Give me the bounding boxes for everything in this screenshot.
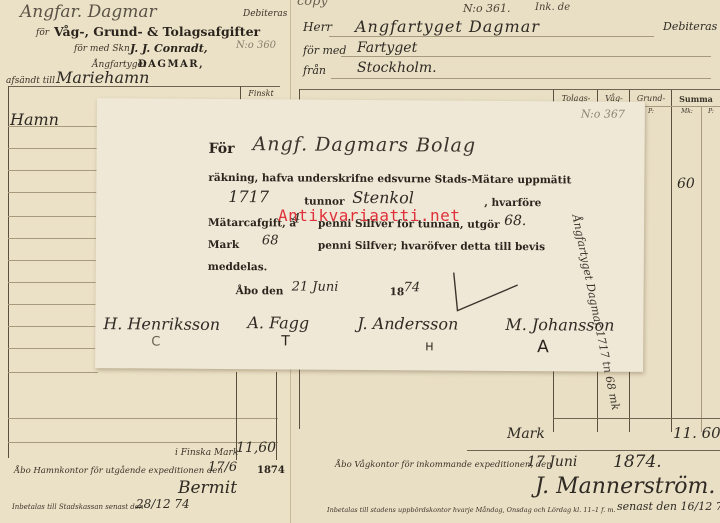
front-for-label: För — [209, 141, 235, 157]
left-row-rule — [8, 148, 98, 149]
right-subcol-p: P: — [643, 108, 659, 115]
front-initial-2: T — [281, 333, 290, 349]
right-subcol-mk: Mk: — [677, 108, 697, 115]
right-recipient-value: Angfartyget Dagmar — [355, 17, 540, 36]
front-line2-end: , hvarföre — [484, 197, 541, 209]
measurement-certificate: N:o 367 För Angf. Dagmars Bolag räkning,… — [95, 98, 645, 372]
front-year-suffix: 74 — [404, 280, 421, 295]
right-total-rule — [553, 418, 720, 419]
right-col-divider — [671, 90, 672, 432]
right-vessel-value: Fartyget — [357, 40, 417, 56]
right-header-rule — [299, 89, 720, 90]
checkmark-icon — [451, 271, 521, 315]
left-office-year: 1874 — [257, 465, 285, 476]
left-row-rule — [8, 372, 98, 373]
right-col-divider — [701, 106, 702, 432]
front-amount-mark: 68. — [504, 213, 526, 229]
front-date-value: 21 Juni — [292, 279, 339, 294]
right-grund-value: 60 — [677, 176, 695, 192]
right-office-line: Åbo Vågkontor för inkommande expeditione… — [335, 460, 552, 470]
front-year-prefix: 18 — [390, 286, 405, 298]
left-table-border — [8, 86, 9, 458]
left-signature: Bermit — [178, 478, 237, 498]
front-line4-end: penni Silfver; hvaröfver detta till bevi… — [318, 240, 545, 254]
right-vessel-label: för med — [303, 44, 346, 57]
right-line-rule — [331, 78, 711, 79]
right-subcol-p2: P: — [703, 108, 719, 115]
front-line1: räkning, hafva underskrifne edsvurne Sta… — [208, 172, 571, 187]
front-material: Stenkol — [352, 188, 414, 207]
left-row-rule — [8, 170, 98, 171]
left-row-rule — [8, 192, 98, 193]
right-office-date: 17 Juni — [527, 454, 577, 470]
right-total-label: Mark — [507, 426, 545, 442]
right-payment-date: senast den 16/12 74 — [617, 500, 720, 513]
right-line-rule — [341, 56, 711, 57]
left-total-label: i Finska Mark — [175, 448, 238, 458]
right-payment-line: Inbetalas till stadens uppbördskontor hv… — [327, 506, 616, 514]
right-col-summa: Summa — [673, 94, 719, 104]
left-title-prefix: för — [36, 28, 49, 38]
left-row-rule — [8, 418, 278, 419]
left-col-divider — [276, 372, 277, 460]
left-number: N:o 360 — [236, 40, 276, 51]
front-amount-penni: 68 — [262, 233, 279, 248]
left-row-rule — [8, 282, 98, 283]
right-line-rule — [329, 36, 654, 37]
right-debiteras: Debiteras — [663, 20, 717, 33]
right-number: N:o 361. — [463, 2, 511, 15]
left-sent-to-label: afsändt till — [6, 76, 55, 86]
right-from-label: från — [303, 64, 326, 77]
front-signature-2: A. Fagg — [247, 313, 309, 332]
right-number-suffix: Ink. de — [535, 2, 570, 13]
left-sent-to-value: Mariehamn — [56, 68, 149, 87]
right-from-value: Stockholm. — [357, 60, 437, 76]
front-line4-start: Mark — [208, 239, 239, 251]
left-title: Våg-, Grund- & Tolagsafgifter — [54, 24, 260, 39]
left-debtor-handwritten: Angfar. Dagmar — [20, 2, 157, 22]
left-row-rule — [8, 326, 98, 327]
left-row-rule — [8, 126, 98, 127]
left-row-rule — [8, 216, 98, 217]
front-place-date-prefix: Åbo den — [236, 285, 284, 297]
watermark-text: Antikvariaatti.net — [278, 206, 460, 225]
left-ship-captain: J. J. Conradt, — [130, 42, 208, 55]
front-signature-3: J. Andersson — [357, 314, 458, 334]
front-initial-4: A — [537, 337, 549, 357]
front-number: N:o 367 — [581, 107, 625, 120]
right-recipient-label: Herr — [303, 20, 332, 34]
left-row-rule — [8, 348, 98, 349]
right-total-value: 11. 60 — [673, 424, 720, 442]
front-for-value: Angf. Dagmars Bolag — [253, 133, 477, 157]
left-ship-prefix: för med Skn — [74, 44, 130, 54]
front-initial-1: C — [151, 334, 160, 349]
front-quantity: 1717 — [228, 187, 269, 206]
front-initial-3: H — [425, 340, 433, 353]
front-signature-1: H. Henriksson — [103, 314, 220, 334]
left-row-rule — [8, 238, 98, 239]
left-office-line: Åbo Hamnkontor för utgående expeditionen… — [14, 466, 223, 476]
right-footer-rule — [467, 450, 720, 451]
front-line5: meddelas. — [208, 261, 268, 273]
right-office-year: 1874. — [613, 452, 662, 472]
left-payment-date: 28/12 74 — [136, 497, 190, 511]
right-top-fragment: copy — [297, 0, 328, 9]
left-debiteras: Debiteras — [243, 9, 287, 19]
right-signature: J. Mannerström. — [535, 474, 715, 499]
left-row-rule — [8, 304, 98, 305]
left-office-date: 17/6 — [208, 460, 237, 475]
left-row-rule — [8, 260, 98, 261]
left-total-value: 11,60 — [236, 440, 276, 456]
left-payment-line: Inbetalas till Stadskassan senast den — [12, 503, 143, 511]
